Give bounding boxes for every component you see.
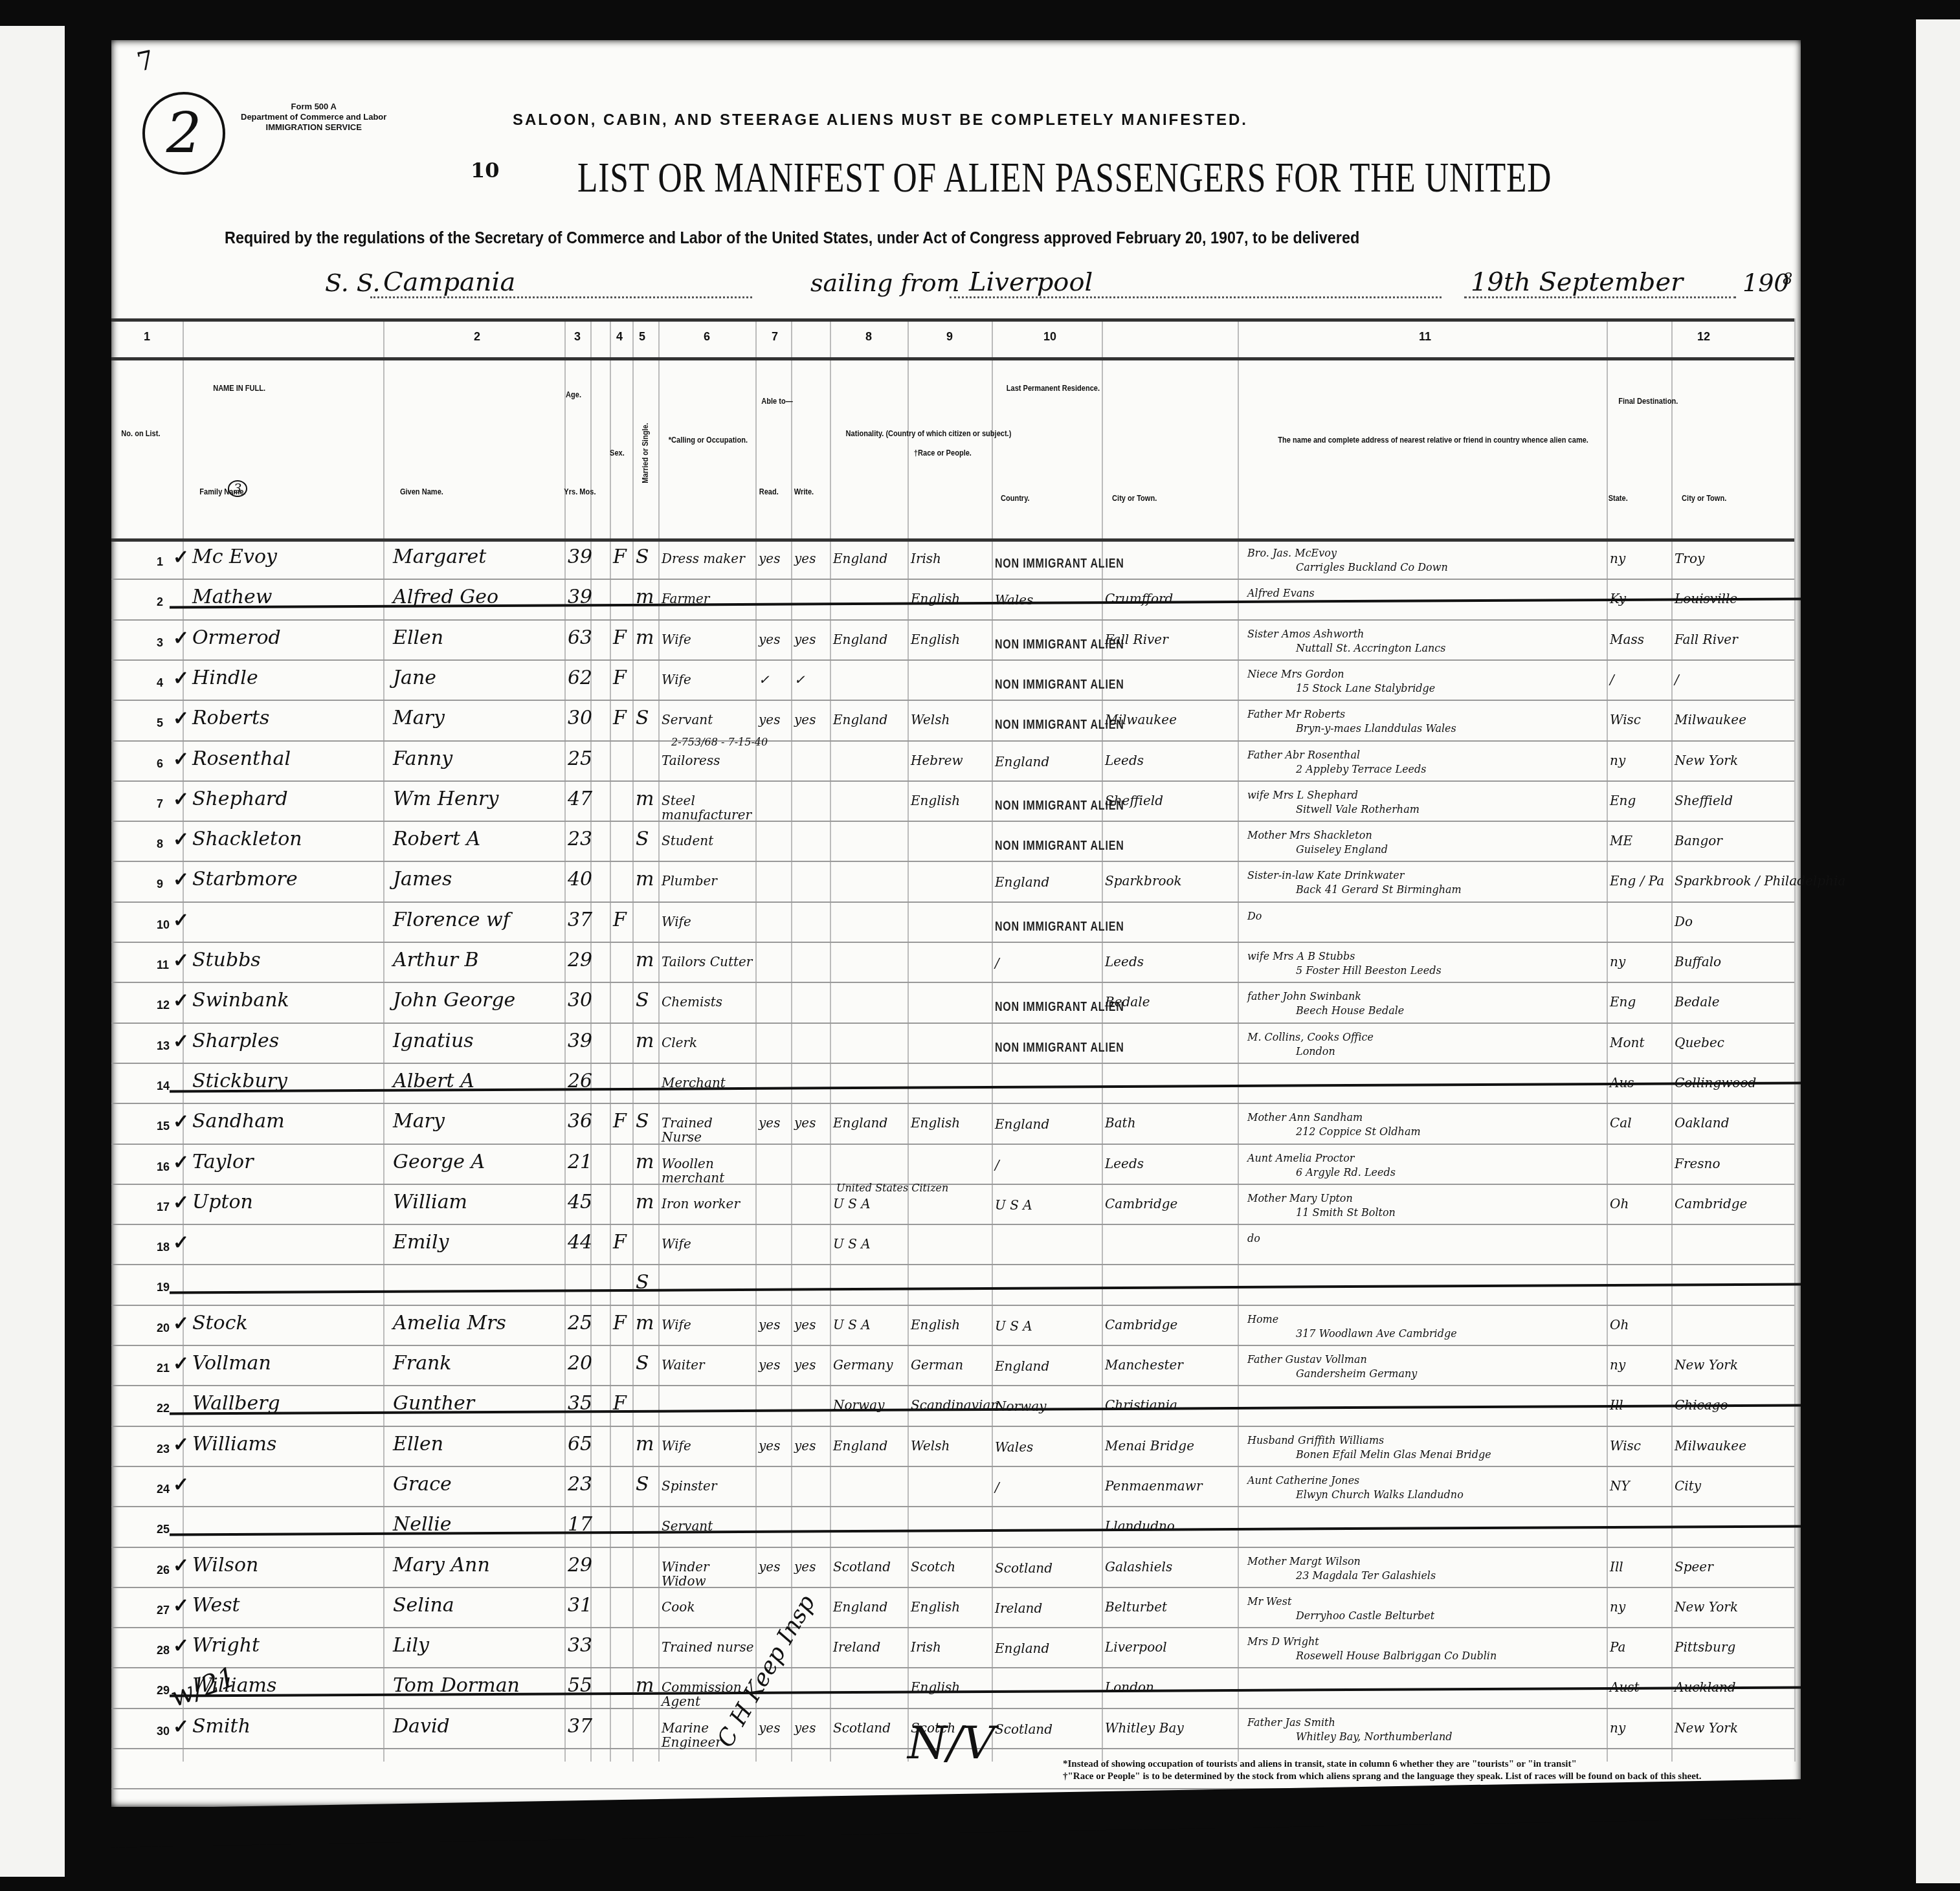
- sex: F: [613, 707, 627, 729]
- residence-city: Bedale: [1105, 995, 1150, 1009]
- residence-country: /: [995, 956, 999, 970]
- age-years: 29: [568, 949, 592, 971]
- relative-name: Father Gustav Vollman: [1247, 1354, 1367, 1366]
- nationality: U S A: [833, 1197, 871, 1211]
- residence-country: NON IMMIGRANT ALIEN: [995, 835, 1124, 857]
- row-number: 7: [157, 797, 163, 811]
- manifest-banner: SALOON, CABIN, AND STEERAGE ALIENS MUST …: [513, 111, 1248, 129]
- family-name: Smith: [192, 1716, 251, 1738]
- row-rule: [111, 1063, 1794, 1064]
- row-rule: [111, 1667, 1794, 1668]
- destination-city: Sparkbrook / Philadelphia: [1675, 874, 1845, 888]
- family-name: Hindle: [192, 667, 258, 689]
- occupation: Wife: [662, 672, 755, 687]
- given-name: Frank: [393, 1353, 452, 1375]
- residence-city: Leeds: [1105, 753, 1144, 768]
- occupation: Chemists: [662, 995, 755, 1009]
- destination-city: Sheffield: [1675, 793, 1733, 808]
- given-name: Ignatius: [393, 1030, 474, 1052]
- row-rule: [111, 1305, 1794, 1306]
- row-rule: [111, 1547, 1794, 1548]
- family-name: Roberts: [192, 707, 269, 729]
- given-name: James: [393, 868, 452, 890]
- age-years: 47: [568, 788, 592, 810]
- row-rule: [111, 1144, 1794, 1145]
- footnotes: *Instead of showing occupation of touris…: [1063, 1758, 1702, 1783]
- row-number: 27: [157, 1604, 170, 1617]
- destination-city: Bangor: [1675, 834, 1722, 848]
- row-number: 14: [157, 1079, 170, 1093]
- sheet-number: 10: [471, 158, 500, 182]
- relative-address: Bonen Efail Melin Glas Menai Bridge: [1296, 1449, 1491, 1461]
- row-rule: [111, 901, 1794, 903]
- can-read: yes: [759, 1318, 780, 1332]
- residence-country: Wales: [995, 1440, 1033, 1454]
- family-name: Sandham: [192, 1111, 285, 1133]
- header-name-in-full: NAME IN FULL.: [213, 383, 265, 393]
- row-number: 30: [157, 1725, 170, 1738]
- occupation: Student: [662, 834, 755, 848]
- race-people: Scotch: [911, 1560, 955, 1574]
- row-number: 1: [157, 555, 163, 569]
- checkmark-icon: ✓: [173, 627, 189, 650]
- row-rule: [111, 1506, 1794, 1507]
- residence-country: U S A: [995, 1319, 1032, 1333]
- checkmark-icon: ✓: [173, 1312, 189, 1335]
- header-given-name: Given Name.: [400, 487, 443, 497]
- relative-name: Alfred Evans: [1247, 588, 1315, 599]
- destination-state: ny: [1610, 753, 1625, 768]
- marital-status: S: [636, 1353, 649, 1375]
- race-people: Irish: [911, 1640, 941, 1654]
- row-number: 19: [157, 1281, 170, 1294]
- given-name: Ellen: [393, 1433, 443, 1455]
- age-years: 63: [568, 627, 592, 649]
- residence-city: Sparkbrook: [1105, 874, 1182, 888]
- column-number: 4: [616, 330, 623, 344]
- occupation: Plumber: [662, 874, 755, 888]
- row-rule: [111, 982, 1794, 983]
- destination-city: City: [1675, 1479, 1701, 1493]
- checkmark-icon: ✓: [173, 828, 189, 851]
- row-rule: [111, 1426, 1794, 1427]
- destination-city: Do: [1675, 914, 1693, 929]
- can-write: ✓: [794, 672, 805, 687]
- marital-status: m: [636, 1191, 654, 1213]
- ship-name: Campania: [383, 267, 515, 297]
- row-number: 24: [157, 1483, 170, 1496]
- row-rule: [111, 659, 1794, 661]
- can-read: yes: [759, 551, 780, 566]
- destination-state: ME: [1610, 834, 1632, 848]
- row-rule: [111, 780, 1794, 782]
- row-number: 11: [157, 958, 169, 972]
- row-rule: [111, 619, 1794, 621]
- nationality: England: [833, 713, 887, 727]
- occupation: Dress maker: [662, 551, 755, 566]
- relative-name: Husband Griffith Williams: [1247, 1435, 1384, 1446]
- destination-city: Fresno: [1675, 1156, 1720, 1171]
- residence-city: Galashiels: [1105, 1560, 1172, 1574]
- relative-name: Aunt Amelia Proctor: [1247, 1153, 1354, 1164]
- occupation: Wife: [662, 632, 755, 647]
- nationality: Ireland: [833, 1640, 880, 1654]
- relative-address: Sitwell Vale Rotherham: [1296, 804, 1420, 815]
- row-number: 21: [157, 1362, 170, 1375]
- can-write: yes: [794, 551, 816, 566]
- destination-city: Milwaukee: [1675, 713, 1746, 727]
- age-years: 20: [568, 1353, 592, 1375]
- checkmark-icon: ✓: [173, 1595, 189, 1617]
- list-circle-mark: 3: [228, 480, 247, 497]
- relative-name: Mr West: [1247, 1596, 1291, 1608]
- column-divider: [755, 318, 757, 1762]
- relative-address: London: [1296, 1046, 1335, 1057]
- family-name: West: [192, 1595, 240, 1617]
- can-write: yes: [794, 1439, 816, 1453]
- occupation: Clerk: [662, 1035, 755, 1050]
- destination-city: Buffalo: [1675, 955, 1721, 969]
- given-name: Mary: [393, 1111, 445, 1133]
- row-number: 13: [157, 1039, 170, 1053]
- age-years: 37: [568, 1716, 592, 1738]
- column-number: 2: [474, 330, 480, 344]
- race-people: Hebrew: [911, 753, 963, 768]
- destination-state: ny: [1610, 955, 1625, 969]
- residence-city: Milwaukee: [1105, 713, 1177, 727]
- header-able-to: Able to—: [761, 396, 793, 406]
- row-rule: [111, 740, 1794, 742]
- destination-city: Milwaukee: [1675, 1439, 1746, 1453]
- column-number: 7: [772, 330, 778, 344]
- column-divider: [1671, 318, 1673, 1762]
- sex: F: [613, 909, 627, 931]
- column-divider: [791, 318, 792, 1762]
- row-number: 6: [157, 757, 163, 771]
- occupation: Tailors Cutter: [662, 955, 755, 969]
- checkmark-icon: ✓: [173, 1474, 189, 1496]
- circled-page-mark: 2: [142, 92, 225, 175]
- row-number: 12: [157, 999, 170, 1012]
- row-number: 8: [157, 837, 163, 851]
- family-name: Vollman: [192, 1353, 271, 1375]
- destination-state: Eng: [1610, 793, 1636, 808]
- footnote-race: †"Race or People" is to be determined by…: [1063, 1771, 1702, 1783]
- given-name: Mary Ann: [393, 1554, 490, 1576]
- marital-status: m: [636, 949, 654, 971]
- relative-name: Do: [1247, 911, 1262, 922]
- naturalization-annotation: 2-753/68 - 7-15-40: [671, 736, 768, 748]
- sailing-date: 19th September: [1471, 267, 1683, 297]
- residence-country: /: [995, 1158, 999, 1172]
- given-name: Emily: [393, 1232, 449, 1254]
- row-rule: [111, 1587, 1794, 1588]
- race-people: Welsh: [911, 713, 950, 727]
- checkmark-icon: ✓: [173, 707, 189, 730]
- can-write: yes: [794, 632, 816, 647]
- row-rule: [111, 579, 1794, 580]
- residence-country: NON IMMIGRANT ALIEN: [995, 916, 1124, 938]
- age-years: 36: [568, 1111, 592, 1133]
- header-country: Country.: [1001, 493, 1030, 503]
- occupation: Winder Widow: [662, 1560, 755, 1588]
- age-years: 33: [568, 1635, 592, 1657]
- destination-state: ny: [1610, 551, 1625, 566]
- nationality: England: [833, 1116, 887, 1130]
- relative-name: M. Collins, Cooks Office: [1247, 1032, 1374, 1043]
- race-people: English: [911, 632, 960, 647]
- age-years: 39: [568, 1030, 592, 1052]
- age-years: 45: [568, 1191, 592, 1213]
- residence-country: England: [995, 1359, 1049, 1373]
- destination-city: New York: [1675, 1358, 1738, 1372]
- ship-prefix: S. S.: [325, 269, 381, 297]
- race-people: English: [911, 1600, 960, 1614]
- relative-address: Derryhoo Castle Belturbet: [1296, 1610, 1434, 1622]
- residence-country: NON IMMIGRANT ALIEN: [995, 553, 1124, 575]
- strikethrough-line: [170, 1283, 1801, 1294]
- occupation: Tailoress: [662, 753, 755, 768]
- destination-state: NY: [1610, 1479, 1630, 1493]
- regulations-line: Required by the regulations of the Secre…: [225, 228, 1359, 248]
- checkmark-icon: ✓: [173, 788, 189, 811]
- header-read: Read.: [759, 487, 779, 497]
- header-dest-city: City or Town.: [1682, 493, 1726, 503]
- row-rule: [111, 1224, 1794, 1225]
- column-divider: [383, 318, 384, 1762]
- relative-name: Home: [1247, 1314, 1278, 1325]
- row-number: 2: [157, 595, 163, 609]
- relative-address: 6 Argyle Rd. Leeds: [1296, 1167, 1396, 1178]
- column-divider: [908, 318, 909, 1762]
- relative-address: 317 Woodlawn Ave Cambridge: [1296, 1328, 1457, 1340]
- nationality: England: [833, 632, 887, 647]
- header-write: Write.: [794, 487, 814, 497]
- row-rule: [111, 861, 1794, 862]
- year-suffix: 8: [1783, 270, 1792, 288]
- destination-city: New York: [1675, 1721, 1738, 1735]
- column-divider: [610, 318, 611, 1762]
- checkmark-icon: ✓: [173, 949, 189, 972]
- residence-country: Scotland: [995, 1561, 1052, 1575]
- residence-country: Ireland: [995, 1601, 1042, 1615]
- column-divider: [1794, 318, 1796, 1762]
- relative-name: Sister-in-law Kate Drinkwater: [1247, 870, 1404, 881]
- age-years: 39: [568, 546, 592, 568]
- column-divider: [830, 318, 831, 1762]
- checkmark-icon: ✓: [173, 1232, 189, 1254]
- header-rule: [111, 318, 1794, 322]
- checkmark-icon: ✓: [173, 1111, 189, 1133]
- given-name: Amelia Mrs: [393, 1312, 506, 1334]
- sex: F: [613, 1232, 627, 1254]
- relative-name: Niece Mrs Gordon: [1247, 669, 1344, 680]
- relative-name: Mother Mrs Shackleton: [1247, 830, 1372, 841]
- residence-country: Norway: [995, 1399, 1046, 1413]
- row-rule: [111, 700, 1794, 701]
- column-divider: [992, 318, 993, 1762]
- relative-address: Elwyn Church Walks Llandudno: [1296, 1489, 1464, 1501]
- destination-city: Pittsburg: [1675, 1640, 1735, 1654]
- family-name: Shackleton: [192, 828, 302, 850]
- relative-address: Back 41 Gerard St Birmingham: [1296, 884, 1462, 896]
- residence-country: NON IMMIGRANT ALIEN: [995, 1037, 1124, 1059]
- relative-name: Mother Mary Upton: [1247, 1193, 1353, 1204]
- marital-status: S: [636, 546, 649, 568]
- relative-name: Sister Amos Ashworth: [1247, 628, 1364, 640]
- family-name: Williams: [192, 1433, 276, 1455]
- destination-state: ny: [1610, 1721, 1625, 1735]
- row-rule: [111, 1264, 1794, 1265]
- residence-city: Fall River: [1105, 632, 1168, 647]
- destination-city: Oakland: [1675, 1116, 1729, 1130]
- checkmark-icon: ✓: [173, 1554, 189, 1577]
- residence-country: Scotland: [995, 1722, 1052, 1736]
- document-title: LIST OR MANIFEST OF ALIEN PASSENGERS FOR…: [577, 153, 1552, 203]
- nationality: Scotland: [833, 1721, 891, 1735]
- row-number: 10: [157, 918, 170, 932]
- marital-status: m: [636, 627, 654, 649]
- destination-city: Troy: [1675, 551, 1704, 566]
- row-number: 3: [157, 636, 163, 650]
- nationality: England: [833, 551, 887, 566]
- race-people: German: [911, 1358, 963, 1372]
- residence-city: Sheffield: [1105, 793, 1163, 808]
- family-name: Stock: [192, 1312, 248, 1334]
- given-name: Florence wf: [393, 909, 510, 931]
- relative-name: Mother Margt Wilson: [1247, 1556, 1361, 1567]
- given-name: George A: [393, 1151, 485, 1173]
- age-years: 29: [568, 1554, 592, 1576]
- relative-address: 2 Appleby Terrace Leeds: [1296, 764, 1427, 775]
- nationality: England: [833, 1600, 887, 1614]
- occupation: Servant: [662, 713, 755, 727]
- marital-status: m: [636, 788, 654, 810]
- residence-country: Wales: [995, 593, 1033, 607]
- can-write: yes: [794, 1116, 816, 1130]
- nationality: Germany: [833, 1358, 893, 1372]
- relative-address: Nuttall St. Accrington Lancs: [1296, 643, 1445, 654]
- header-age: Age.: [566, 390, 581, 400]
- relative-address: Whitley Bay, Northumberland: [1296, 1731, 1452, 1743]
- row-rule: [111, 942, 1794, 943]
- column-divider: [1607, 318, 1608, 1762]
- header-rule: [111, 538, 1794, 542]
- can-read: yes: [759, 1560, 780, 1574]
- relative-address: 23 Magdala Ter Galashiels: [1296, 1570, 1436, 1582]
- age-years: 25: [568, 1312, 592, 1334]
- row-rule: [111, 1466, 1794, 1467]
- column-divider: [632, 318, 634, 1762]
- destination-state: Pa: [1610, 1640, 1625, 1654]
- checkmark-icon: ✓: [173, 1433, 189, 1456]
- checkmark-icon: ✓: [173, 748, 189, 771]
- header-occupation: *Calling or Occupation.: [669, 435, 748, 445]
- column-number: 3: [574, 330, 581, 344]
- given-name: David: [393, 1716, 450, 1738]
- voyage-line: S. S. Campania sailing from Liverpool 19…: [325, 263, 1775, 302]
- relative-address: 15 Stock Lane Stalybridge: [1296, 683, 1435, 694]
- can-read: yes: [759, 1116, 780, 1130]
- given-name: Fanny: [393, 748, 452, 770]
- age-years: 37: [568, 909, 592, 931]
- race-people: English: [911, 793, 960, 808]
- destination-city: Fall River: [1675, 632, 1738, 647]
- occupation: Wife: [662, 914, 755, 929]
- row-number: 26: [157, 1564, 170, 1577]
- can-write: yes: [794, 1721, 816, 1735]
- destination-state: Ill: [1610, 1560, 1623, 1574]
- marital-status: S: [636, 990, 649, 1012]
- destination-state: Wisc: [1610, 1439, 1641, 1453]
- row-number: 25: [157, 1523, 170, 1536]
- destination-state: ny: [1610, 1358, 1625, 1372]
- residence-country: U S A: [995, 1198, 1032, 1212]
- header-no-on-list: No. on List.: [121, 428, 160, 439]
- given-name: Jane: [393, 667, 436, 689]
- relative-address: Guiseley England: [1296, 844, 1388, 856]
- family-name: Mc Evoy: [192, 546, 277, 568]
- can-read: yes: [759, 1358, 780, 1372]
- checkmark-icon: ✓: [173, 1030, 189, 1053]
- relative-address: 212 Coppice St Oldham: [1296, 1126, 1421, 1138]
- nationality: U S A: [833, 1237, 871, 1251]
- marital-status: S: [636, 1111, 649, 1133]
- checkmark-icon: ✓: [173, 1191, 189, 1214]
- residence-country: England: [995, 755, 1049, 769]
- checkmark-icon: ✓: [173, 546, 189, 569]
- relative-address: Gandersheim Germany: [1296, 1368, 1417, 1380]
- column-number: 8: [865, 330, 872, 344]
- sex: F: [613, 546, 627, 568]
- residence-country: England: [995, 1117, 1049, 1131]
- header-last-residence: Last Permanent Residence.: [1007, 383, 1100, 393]
- destination-city: New York: [1675, 753, 1738, 768]
- residence-city: London: [1105, 1680, 1154, 1694]
- age-years: 21: [568, 1151, 592, 1173]
- family-name: Wilson: [192, 1554, 258, 1576]
- row-rule: [111, 1184, 1794, 1185]
- given-name: John George: [393, 990, 515, 1012]
- age-years: 23: [568, 828, 592, 850]
- destination-city: New York: [1675, 1600, 1738, 1614]
- column-number: 11: [1419, 330, 1431, 344]
- header-yrs-mos: Yrs. Mos.: [564, 487, 596, 497]
- row-number: 28: [157, 1644, 170, 1657]
- row-rule: [111, 1345, 1794, 1346]
- relative-name: Aunt Catherine Jones: [1247, 1475, 1359, 1487]
- residence-country: England: [995, 1641, 1049, 1655]
- residence-country: NON IMMIGRANT ALIEN: [995, 674, 1124, 696]
- occupation: Spinster: [662, 1479, 755, 1493]
- race-people: English: [911, 1318, 960, 1332]
- relative-name: Mother Ann Sandham: [1247, 1112, 1363, 1123]
- header-race: †Race or People.: [914, 448, 972, 458]
- header-sex: Sex.: [610, 448, 625, 458]
- given-name: Ellen: [393, 627, 443, 649]
- marital-status: m: [636, 1433, 654, 1455]
- occupation: Wife: [662, 1318, 755, 1332]
- column-number: 12: [1697, 330, 1710, 344]
- destination-state: Eng: [1610, 995, 1636, 1009]
- destination-state: Mass: [1610, 632, 1644, 647]
- given-name: Margaret: [393, 546, 486, 568]
- checkmark-icon: ✓: [173, 667, 189, 690]
- occupation: Steel manufacturer: [662, 793, 755, 822]
- nationality: England: [833, 1439, 887, 1453]
- marital-status: S: [636, 707, 649, 729]
- family-name: Taylor: [192, 1151, 254, 1173]
